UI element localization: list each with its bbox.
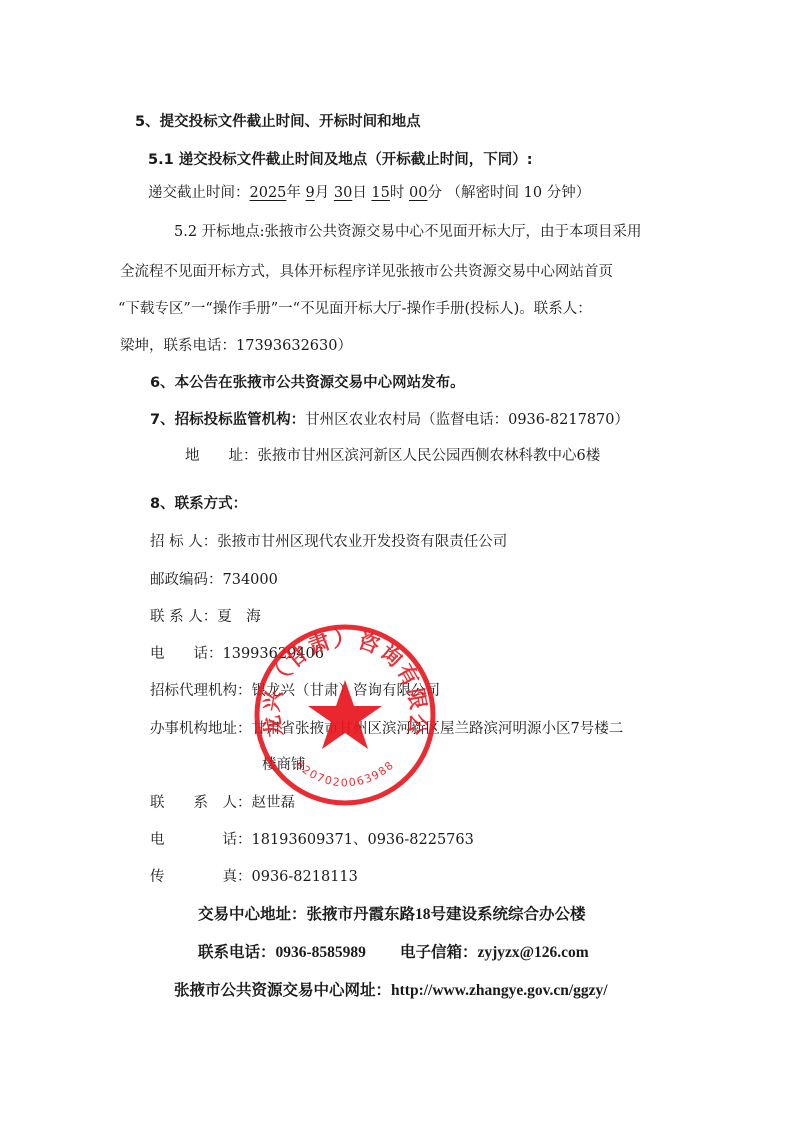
row-value: 夏 海 — [217, 609, 261, 625]
section7-label: 7、招标投标监管机构： — [150, 412, 305, 428]
deadline-minute: 00 — [409, 185, 427, 201]
row-label: 办事机构地址： — [150, 721, 252, 737]
svg-text:6207020063988: 6207020063988 — [293, 758, 397, 789]
deadline-day: 30 — [334, 185, 352, 201]
contact-row-phone: 电 话：13993629406 — [150, 644, 324, 664]
section8-heading: 8、联系方式： — [150, 494, 247, 514]
section5-1-heading: 5.1 递交投标文件截止时间及地点（开标截止时间，下同）: — [148, 150, 533, 170]
contact-row-postcode: 邮政编码：734000 — [150, 570, 278, 590]
section5-heading: 5、提交投标文件截止时间、开标时间和地点 — [135, 112, 421, 132]
day-unit: 日 — [352, 185, 367, 201]
row-label: 联 系 人： — [150, 795, 252, 811]
row-label: 招标代理机构： — [150, 683, 252, 699]
footer-website-link[interactable]: http://www.zhangye.gov.cn/ggzy/ — [391, 982, 608, 999]
footer-address-label: 交易中心地址： — [198, 906, 307, 923]
row-value: 银龙兴（甘肃）咨询有限公司 — [252, 683, 441, 699]
footer-website-label: 张掖市公共资源交易中心网址： — [174, 982, 391, 999]
row-value: 13993629406 — [223, 646, 324, 662]
footer-contact: 联系电话：0936-8585989电子信箱：zyjyzx@126.com — [198, 943, 589, 963]
hour-unit: 时 — [390, 185, 405, 201]
decrypt-note: （解密时间 10 分钟） — [447, 185, 591, 201]
contact-row-agency-contact: 联 系 人：赵世磊 — [150, 793, 295, 813]
row-label: 招 标 人： — [150, 534, 217, 550]
row-value: 赵世磊 — [252, 795, 296, 811]
year-unit: 年 — [286, 185, 301, 201]
contact-row-agency-phone: 电 话：18193609371、0936-8225763 — [150, 830, 474, 850]
row-label: 传 真： — [150, 869, 252, 885]
section6-heading: 6、本公告在张掖市公共资源交易中心网站发布。 — [150, 373, 465, 393]
row-label: 联 系 人： — [150, 609, 217, 625]
row-value: 18193609371、0936-8225763 — [252, 832, 474, 848]
footer-phone-label: 联系电话： — [198, 944, 276, 961]
footer-website: 张掖市公共资源交易中心网址：http://www.zhangye.gov.cn/… — [174, 981, 608, 1001]
section7-address-label: 地 址： — [185, 448, 258, 464]
month-unit: 月 — [315, 185, 330, 201]
contact-row-agency: 招标代理机构：银龙兴（甘肃）咨询有限公司 — [150, 681, 440, 701]
row-value: 甘肃省张掖市甘州区滨河新区屋兰路滨河明源小区7号楼二 — [252, 721, 624, 737]
contact-row-office-address-cont: 楼商铺 — [262, 755, 306, 775]
contact-row-tenderer: 招 标 人：张掖市甘州区现代农业开发投资有限责任公司 — [150, 532, 507, 552]
footer-phone-value: 0936-8585989 — [276, 944, 366, 961]
deadline-line: 递交截止时间：2025年 9月 30日 15时 00分 （解密时间 10 分钟） — [148, 183, 590, 203]
section5-2-line-3: “下载专区”一“操作手册”一“不见面开标大厅-操作手册(投标人)。联系人： — [118, 299, 592, 319]
footer-email-link[interactable]: zyjyzx@126.com — [477, 944, 588, 961]
footer-address-value: 张掖市丹霞东路18号建设系统综合办公楼 — [307, 906, 586, 923]
footer-address: 交易中心地址：张掖市丹霞东路18号建设系统综合办公楼 — [198, 905, 586, 925]
row-value: 0936-8218113 — [252, 869, 358, 885]
section7-value: 甘州区农业农村局（监督电话：0936-8217870） — [305, 412, 629, 428]
contact-row-fax: 传 真：0936-8218113 — [150, 867, 358, 887]
deadline-hour: 15 — [371, 185, 389, 201]
footer-email-label: 电子信箱： — [400, 944, 478, 961]
section7-address-line: 地 址：张掖市甘州区滨河新区人民公园西侧农林科教中心6楼 — [185, 446, 600, 466]
deadline-year: 2025 — [250, 185, 287, 201]
seal-code: 6207020063988 — [293, 758, 397, 789]
deadline-month: 9 — [306, 185, 315, 201]
row-label: 邮政编码： — [150, 572, 223, 588]
contact-row-contact: 联 系 人：夏 海 — [150, 607, 261, 627]
deadline-label: 递交截止时间： — [148, 185, 250, 201]
minute-unit: 分 — [427, 185, 442, 201]
section5-2-line-1: 5.2 开标地点:张掖市公共资源交易中心不见面开标大厅，由于本项目采用 — [174, 222, 642, 242]
row-label: 电 话： — [150, 832, 252, 848]
section5-2-line-4: 梁坤，联系电话：17393632630） — [120, 336, 352, 356]
section7-address-value: 张掖市甘州区滨河新区人民公园西侧农林科教中心6楼 — [258, 448, 601, 464]
row-value: 734000 — [223, 572, 278, 588]
row-value: 张掖市甘州区现代农业开发投资有限责任公司 — [217, 534, 507, 550]
row-label: 电 话： — [150, 646, 223, 662]
section5-2-line-2: 全流程不见面开标方式，具体开标程序详见张掖市公共资源交易中心网站首页 — [120, 262, 613, 282]
contact-row-office-address: 办事机构地址：甘肃省张掖市甘州区滨河新区屋兰路滨河明源小区7号楼二 — [150, 719, 623, 739]
section7-line: 7、招标投标监管机构：甘州区农业农村局（监督电话：0936-8217870） — [150, 410, 629, 430]
